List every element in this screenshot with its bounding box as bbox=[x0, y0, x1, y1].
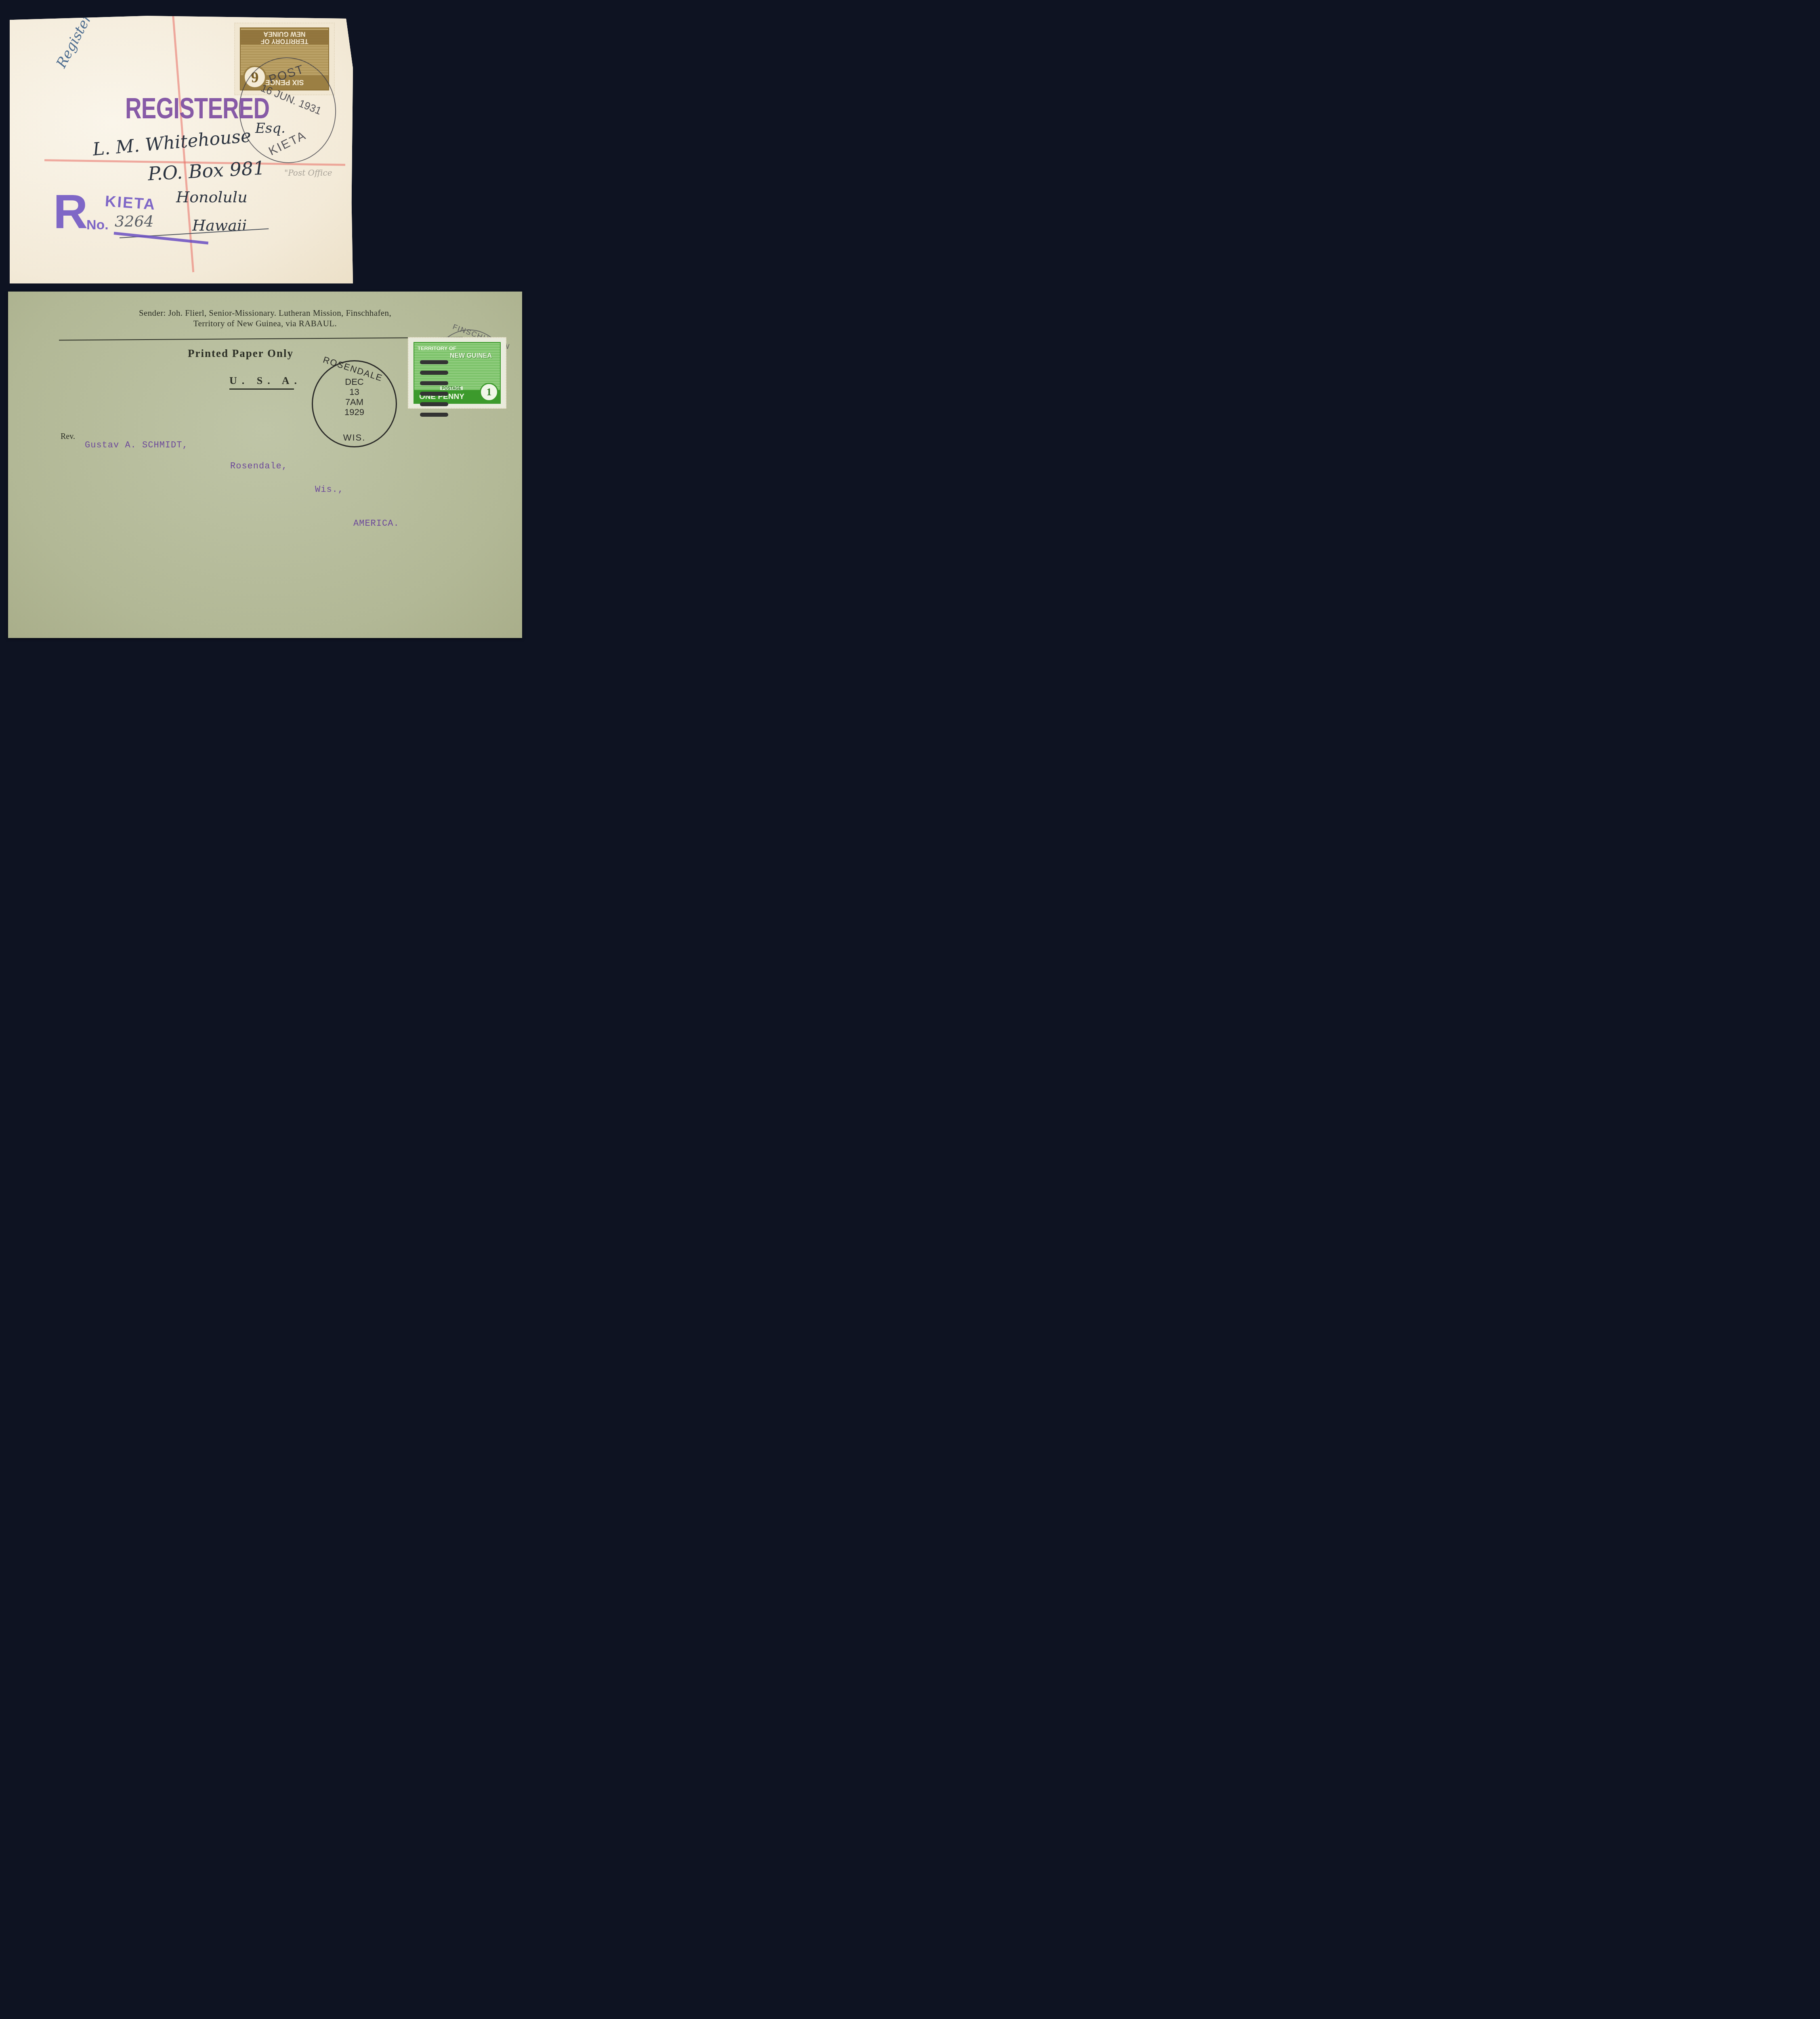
sender-line1: Sender: Joh. Flierl, Senior-Missionary. … bbox=[8, 308, 522, 318]
addressee-state: Wis., bbox=[315, 485, 344, 495]
stamp-territory-line1: TERRITORY OF bbox=[241, 37, 328, 44]
stamp-territory-line2: NEW GUINEA bbox=[450, 353, 492, 360]
pencil-post-office-note: "Post Office bbox=[284, 168, 332, 178]
address-line-city: Honolulu bbox=[176, 188, 248, 206]
addressee-title: Rev. bbox=[61, 432, 75, 441]
address-line-name: L. M. Whitehouse bbox=[92, 126, 252, 160]
destination-country-label: U. S. A. bbox=[229, 375, 302, 387]
postmark-top-text: POST bbox=[267, 63, 306, 87]
address-suffix: Esq. bbox=[255, 120, 285, 136]
stamp-territory-line2: NEW GUINEA bbox=[241, 30, 328, 37]
addressee-city: Rosendale, bbox=[230, 461, 288, 471]
destination-underline bbox=[229, 388, 294, 390]
sender-divider bbox=[59, 337, 463, 341]
sender-line2: Territory of New Guinea, via RABAUL. bbox=[8, 318, 522, 329]
stamp-territory-line1: TERRITORY OF bbox=[418, 345, 456, 351]
registration-letter: R bbox=[53, 188, 88, 236]
killer-bars-cancel bbox=[420, 360, 448, 423]
registration-office: KIETA bbox=[105, 193, 157, 214]
printed-paper-only-label: Printed Paper Only bbox=[188, 347, 294, 360]
printed-matter-envelope: Sender: Joh. Flierl, Senior-Missionary. … bbox=[8, 292, 522, 638]
addressee-name: Gustav A. SCHMIDT, bbox=[85, 440, 188, 450]
stamp-denomination: 1 bbox=[480, 383, 498, 401]
postmark-time: 7AM bbox=[313, 397, 396, 407]
sender-imprint: Sender: Joh. Flierl, Senior-Missionary. … bbox=[8, 308, 522, 329]
stamp-territory-label: TERRITORY OF NEW GUINEA bbox=[241, 30, 328, 44]
postmark-day: 13 bbox=[313, 387, 396, 397]
rosendale-postmark: ROSENDALE DEC 13 7AM 1929 WIS. bbox=[312, 360, 397, 447]
postmark-date-block: DEC 13 7AM 1929 bbox=[313, 377, 396, 417]
postmark-year: 1929 bbox=[313, 407, 396, 417]
postmark-month: DEC bbox=[313, 377, 396, 387]
handwritten-registered-note: Registered bbox=[53, 0, 103, 71]
postmark-state: WIS. bbox=[313, 432, 396, 443]
registration-no-label: No. bbox=[86, 217, 109, 233]
registered-handstamp: REGISTERED bbox=[125, 92, 269, 125]
registration-number: 3264 bbox=[115, 212, 154, 230]
addressee-country: AMERICA. bbox=[353, 518, 399, 529]
registered-envelope: Registered SIX PENCE 6 TERRITORY OF NEW … bbox=[10, 15, 353, 283]
